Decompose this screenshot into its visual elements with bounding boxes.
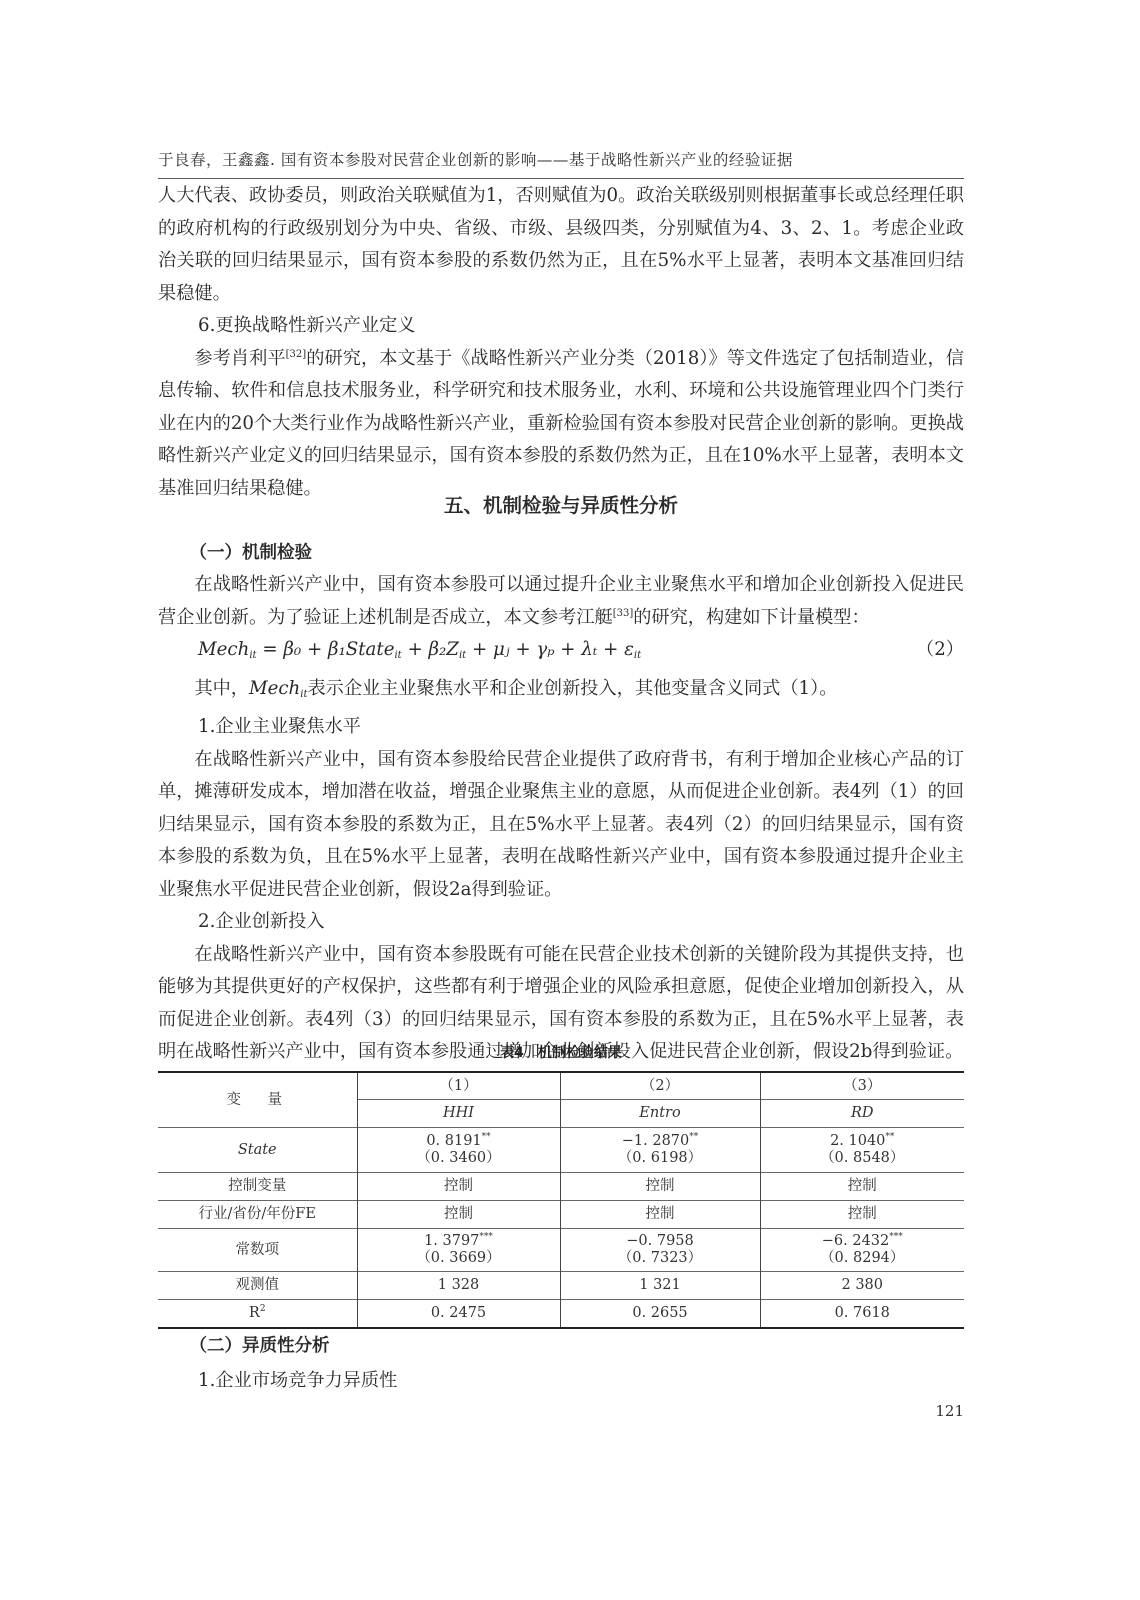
table-row-r-squared: R2 0. 2475 0. 2655 0. 7618 bbox=[158, 1300, 964, 1329]
page-number: 121 bbox=[935, 1402, 964, 1420]
subsection-heterogeneity: （二）异质性分析 bbox=[158, 1330, 964, 1363]
equation-2: Mechit = β₀ + β₁Stateit + β₂Zit + μⱼ + γ… bbox=[158, 634, 964, 673]
subsection-mechanism-test: （一）机制检验 bbox=[158, 537, 964, 570]
table-row-state: State 0. 8191**（0. 3460） −1. 2870**（0. 6… bbox=[158, 1128, 964, 1173]
body-upper: 人大代表、政协委员，则政治关联赋值为1，否则赋值为0。政治关联级别则根据董事长或… bbox=[158, 180, 964, 505]
equation-body: Mechit = β₀ + β₁Stateit + β₂Zit + μⱼ + γ… bbox=[198, 634, 641, 673]
table-header-row: 变 量 （1） （2） （3） bbox=[158, 1072, 964, 1100]
citation-32: [32] bbox=[286, 349, 307, 360]
paragraph-political-ties: 人大代表、政协委员，则政治关联赋值为1，否则赋值为0。政治关联级别则根据董事长或… bbox=[158, 180, 964, 310]
heading-strategic-industry-definition: 6.更换战略性新兴产业定义 bbox=[158, 310, 964, 343]
running-header: 于良春，王鑫鑫. 国有资本参股对民营企业创新的影响——基于战略性新兴产业的经验证… bbox=[158, 148, 964, 179]
table-row-observations: 观测值 1 328 1 321 2 380 bbox=[158, 1272, 964, 1300]
heading-market-competitiveness: 1.企业市场竞争力异质性 bbox=[158, 1365, 964, 1398]
header-variable: 变 量 bbox=[158, 1072, 357, 1128]
heading-innovation-input: 2.企业创新投入 bbox=[158, 906, 964, 939]
table-row-controls: 控制变量 控制 控制 控制 bbox=[158, 1173, 964, 1201]
table-row-fixed-effects: 行业/省份/年份FE 控制 控制 控制 bbox=[158, 1201, 964, 1229]
heading-main-business-focus: 1.企业主业聚焦水平 bbox=[158, 711, 964, 744]
table-caption: 表4 机制检验结果 bbox=[158, 1042, 964, 1062]
table-row-constant: 常数项 1. 3797***（0. 3669） −0. 7958（0. 7323… bbox=[158, 1229, 964, 1272]
citation-33: [33] bbox=[613, 608, 634, 619]
paragraph-main-business-focus: 在战略性新兴产业中，国有资本参股给民营企业提供了政府背书，有利于增加企业核心产品… bbox=[158, 744, 964, 907]
paragraph-redefine-industry: 参考肖利平[32]的研究，本文基于《战略性新兴产业分类（2018）》等文件选定了… bbox=[158, 343, 964, 506]
equation-number: （2） bbox=[916, 634, 964, 673]
paragraph-variable-definition: 其中，Mechit表示企业主业聚焦水平和企业创新投入，其他变量含义同式（1）。 bbox=[158, 673, 964, 712]
body-mechanism: 五、机制检验与异质性分析 （一）机制检验 在战略性新兴产业中，国有资本参股可以通… bbox=[158, 490, 964, 1069]
mechanism-results-table: 变 量 （1） （2） （3） HHI Entro RD State 0. 81… bbox=[158, 1071, 964, 1329]
paragraph-mechanism-intro: 在战略性新兴产业中，国有资本参股可以通过提升企业主业聚焦水平和增加企业创新投入促… bbox=[158, 569, 964, 634]
body-heterogeneity: （二）异质性分析 1.企业市场竞争力异质性 bbox=[158, 1330, 964, 1397]
section-title: 五、机制检验与异质性分析 bbox=[158, 490, 964, 523]
